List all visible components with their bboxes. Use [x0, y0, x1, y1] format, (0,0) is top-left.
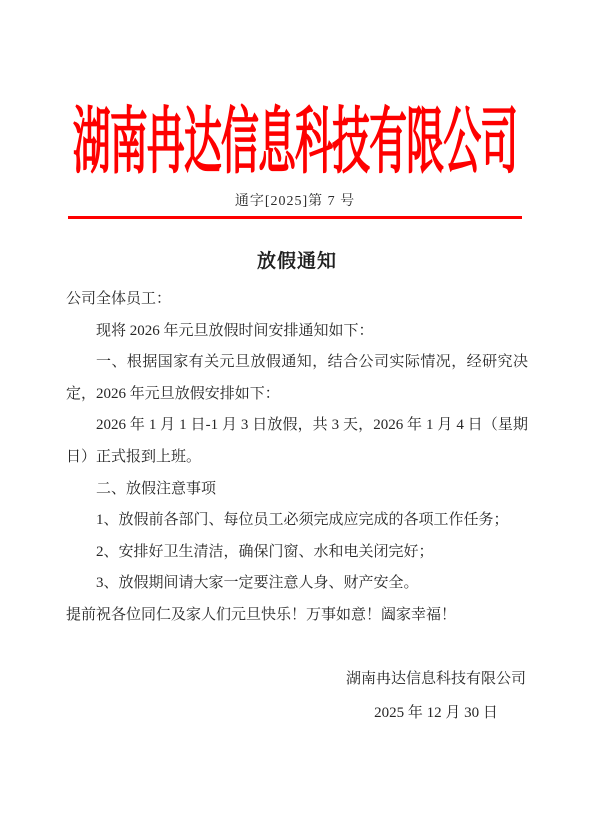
closing-line: 提前祝各位同仁及家人们元旦快乐！万事如意！阖家幸福！: [66, 600, 528, 632]
letterhead: 湖南冉达信息科技有限公司: [0, 96, 590, 176]
document-page: 湖南冉达信息科技有限公司 通字[2025]第 7 号 放假通知 公司全体员工： …: [0, 0, 590, 828]
doc-number: 通字[2025]第 7 号: [0, 190, 590, 210]
signature-company: 湖南冉达信息科技有限公司: [346, 662, 526, 696]
paragraph-section-one: 一、根据国家有关元旦放假通知，结合公司实际情况，经研究决定，2026 年元旦放假…: [66, 347, 528, 410]
paragraph-note-3: 3、放假期间请大家一定要注意人身、财产安全。: [66, 568, 528, 600]
signature-block: 湖南冉达信息科技有限公司 2025 年 12 月 30 日: [346, 662, 526, 730]
paragraph-intro: 现将 2026 年元旦放假时间安排通知如下：: [66, 316, 528, 348]
paragraph-note-2: 2、安排好卫生清洁，确保门窗、水和电关闭完好；: [66, 537, 528, 569]
notice-body: 放假通知 公司全体员工： 现将 2026 年元旦放假时间安排通知如下： 一、根据…: [0, 249, 590, 730]
salutation: 公司全体员工：: [66, 284, 528, 316]
company-letterhead: 湖南冉达信息科技有限公司: [73, 84, 518, 188]
paragraph-section-two: 二、放假注意事项: [66, 474, 528, 506]
paragraph-holiday-dates: 2026 年 1 月 1 日-1 月 3 日放假，共 3 天，2026 年 1 …: [66, 410, 528, 473]
signature-date: 2025 年 12 月 30 日: [346, 696, 526, 730]
paragraph-note-1: 1、放假前各部门、每位员工必须完成应完成的各项工作任务；: [66, 505, 528, 537]
notice-title: 放假通知: [66, 249, 528, 275]
red-separator-line: [68, 216, 522, 219]
